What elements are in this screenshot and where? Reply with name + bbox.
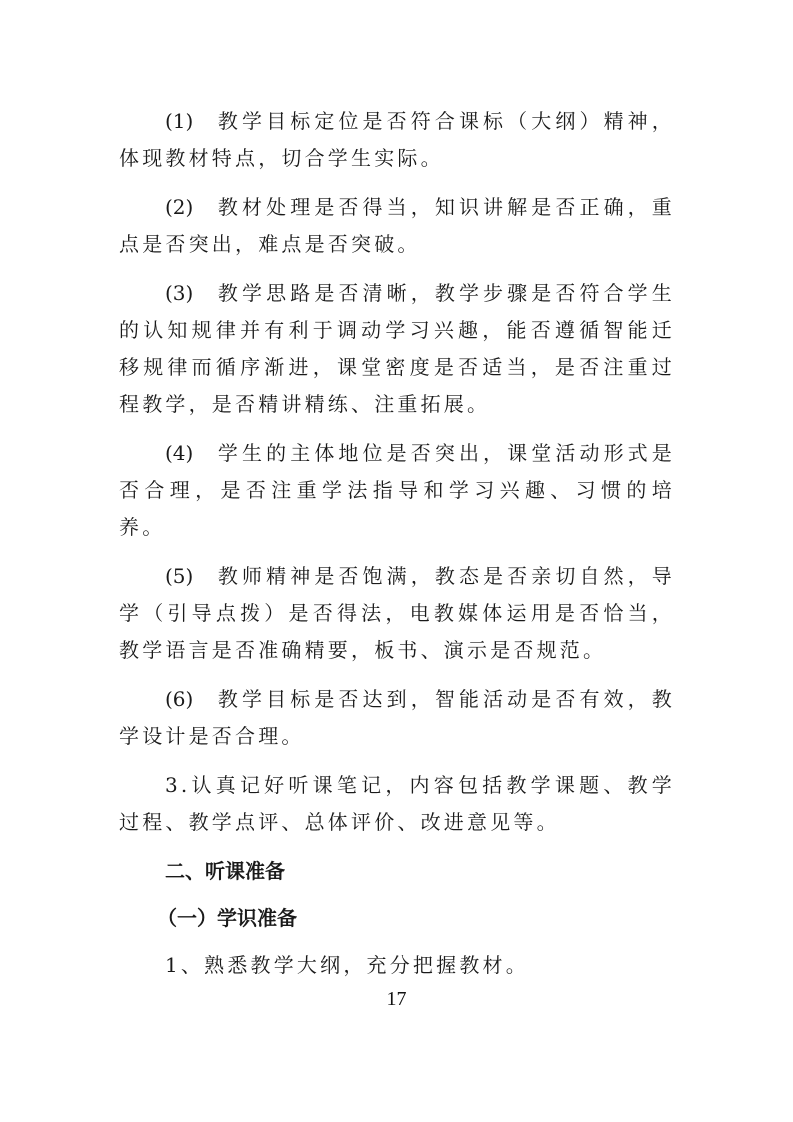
item-1-paragraph: 1、熟悉教学大纲，充分把握教材。 (119, 947, 675, 984)
item-number: (6) (165, 681, 217, 718)
criterion-1: (1)教学目标定位是否符合课标（大纲）精神，体现教材特点，切合学生实际。 (119, 103, 675, 177)
item-number: (3) (165, 275, 217, 312)
page-number: 17 (0, 988, 793, 1011)
criterion-2: (2)教材处理是否得当，知识讲解是否正确，重点是否突出，难点是否突破。 (119, 189, 675, 263)
subsection-heading: （一）学识准备 (119, 900, 675, 937)
item-number: (4) (165, 435, 217, 472)
item-number: (1) (165, 103, 217, 140)
section-heading: 二、听课准备 (119, 853, 675, 890)
point-3-paragraph: 3.认真记好听课笔记，内容包括教学课题、教学过程、教学点评、总体评价、改进意见等… (119, 767, 675, 841)
item-number: (5) (165, 558, 217, 595)
criterion-4: (4)学生的主体地位是否突出，课堂活动形式是否合理，是否注重学法指导和学习兴趣、… (119, 435, 675, 546)
criterion-5: (5)教师精神是否饱满，教态是否亲切自然，导学（引导点拨）是否得法，电教媒体运用… (119, 558, 675, 669)
criterion-6: (6)教学目标是否达到，智能活动是否有效，教学设计是否合理。 (119, 681, 675, 755)
item-number: (2) (165, 189, 217, 226)
document-page: (1)教学目标定位是否符合课标（大纲）精神，体现教材特点，切合学生实际。 (2)… (119, 103, 675, 996)
criterion-3: (3)教学思路是否清晰，教学步骤是否符合学生的认知规律并有利于调动学习兴趣，能否… (119, 275, 675, 423)
